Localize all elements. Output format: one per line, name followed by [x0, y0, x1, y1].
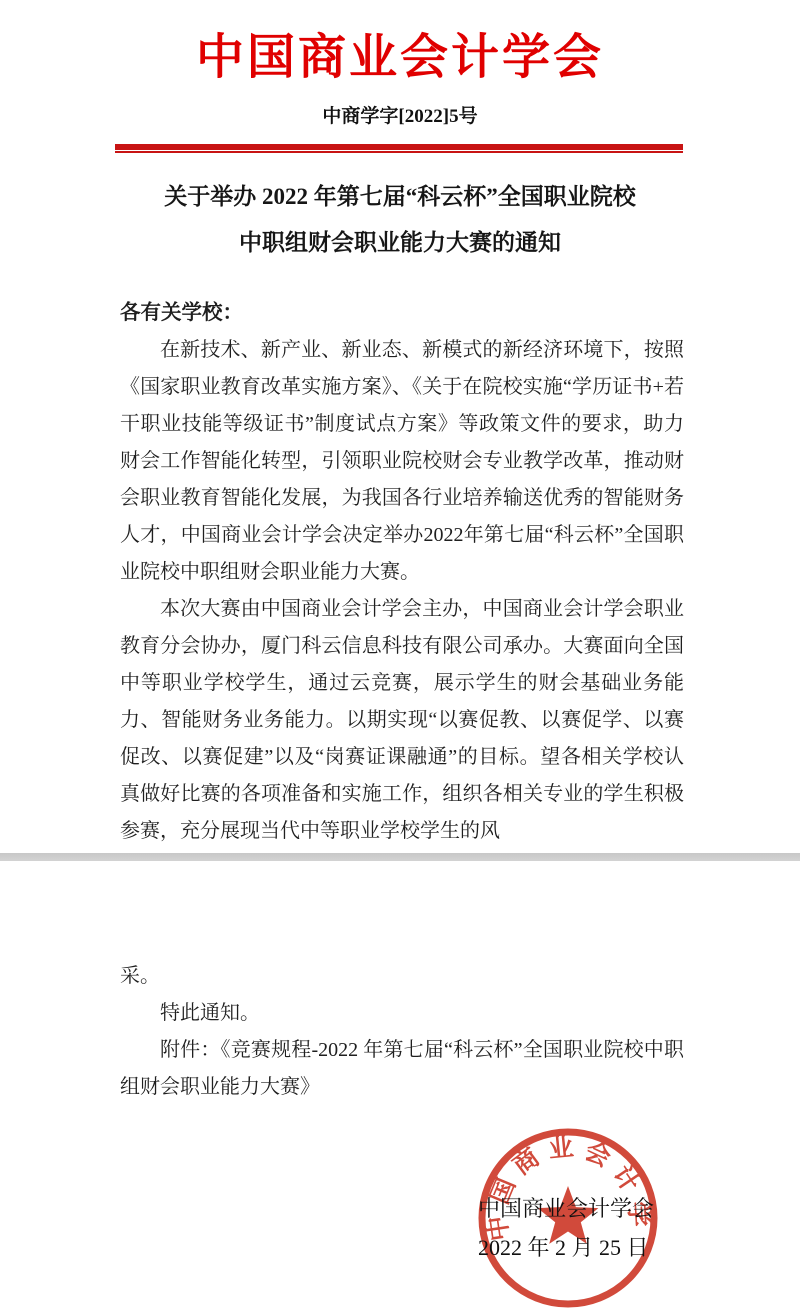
document-page-1: 中国商业会计学会 中商学字[2022]5号 关于举办 2022 年第七届“科云杯… [0, 0, 800, 853]
paragraph-2-part2: 采。 [120, 958, 684, 995]
document-page-2: 采。 特此通知。 附件：《竞赛规程-2022 年第七届“科云杯”全国职业院校中职… [0, 861, 800, 1309]
notice-title-line1: 关于举办 2022 年第七届“科云杯”全国职业院校 [0, 174, 800, 220]
header-divider-rule [115, 144, 683, 153]
signature-block: 中国商业会计学会 2022 年 2 月 25 日 [478, 1189, 654, 1267]
signature-org: 中国商业会计学会 [478, 1189, 654, 1228]
doc-number: 中商学字[2022]5号 [0, 101, 800, 128]
page-seam [0, 853, 800, 861]
salutation: 各有关学校： [120, 295, 684, 332]
paragraph-1: 在新技术、新产业、新业态、新模式的新经济环境下，按照《国家职业教育改革实施方案》… [120, 332, 684, 591]
paragraph-2-part1: 本次大赛由中国商业会计学会主办，中国商业会计学会职业教育分会协办，厦门科云信息科… [120, 591, 684, 850]
notice-title-line2: 中职组财会职业能力大赛的通知 [0, 220, 800, 266]
signature-date: 2022 年 2 月 25 日 [478, 1228, 654, 1267]
notice-title: 关于举办 2022 年第七届“科云杯”全国职业院校 中职组财会职业能力大赛的通知 [0, 174, 800, 266]
attachment-line: 附件：《竞赛规程-2022 年第七届“科云杯”全国职业院校中职组财会职业能力大赛… [120, 1032, 684, 1106]
body-content-page2: 采。 特此通知。 附件：《竞赛规程-2022 年第七届“科云杯”全国职业院校中职… [120, 861, 684, 1106]
body-content-page1: 各有关学校： 在新技术、新产业、新业态、新模式的新经济环境下，按照《国家职业教育… [120, 295, 684, 850]
org-masthead: 中国商业会计学会 [0, 0, 800, 87]
closing-line: 特此通知。 [120, 995, 684, 1032]
